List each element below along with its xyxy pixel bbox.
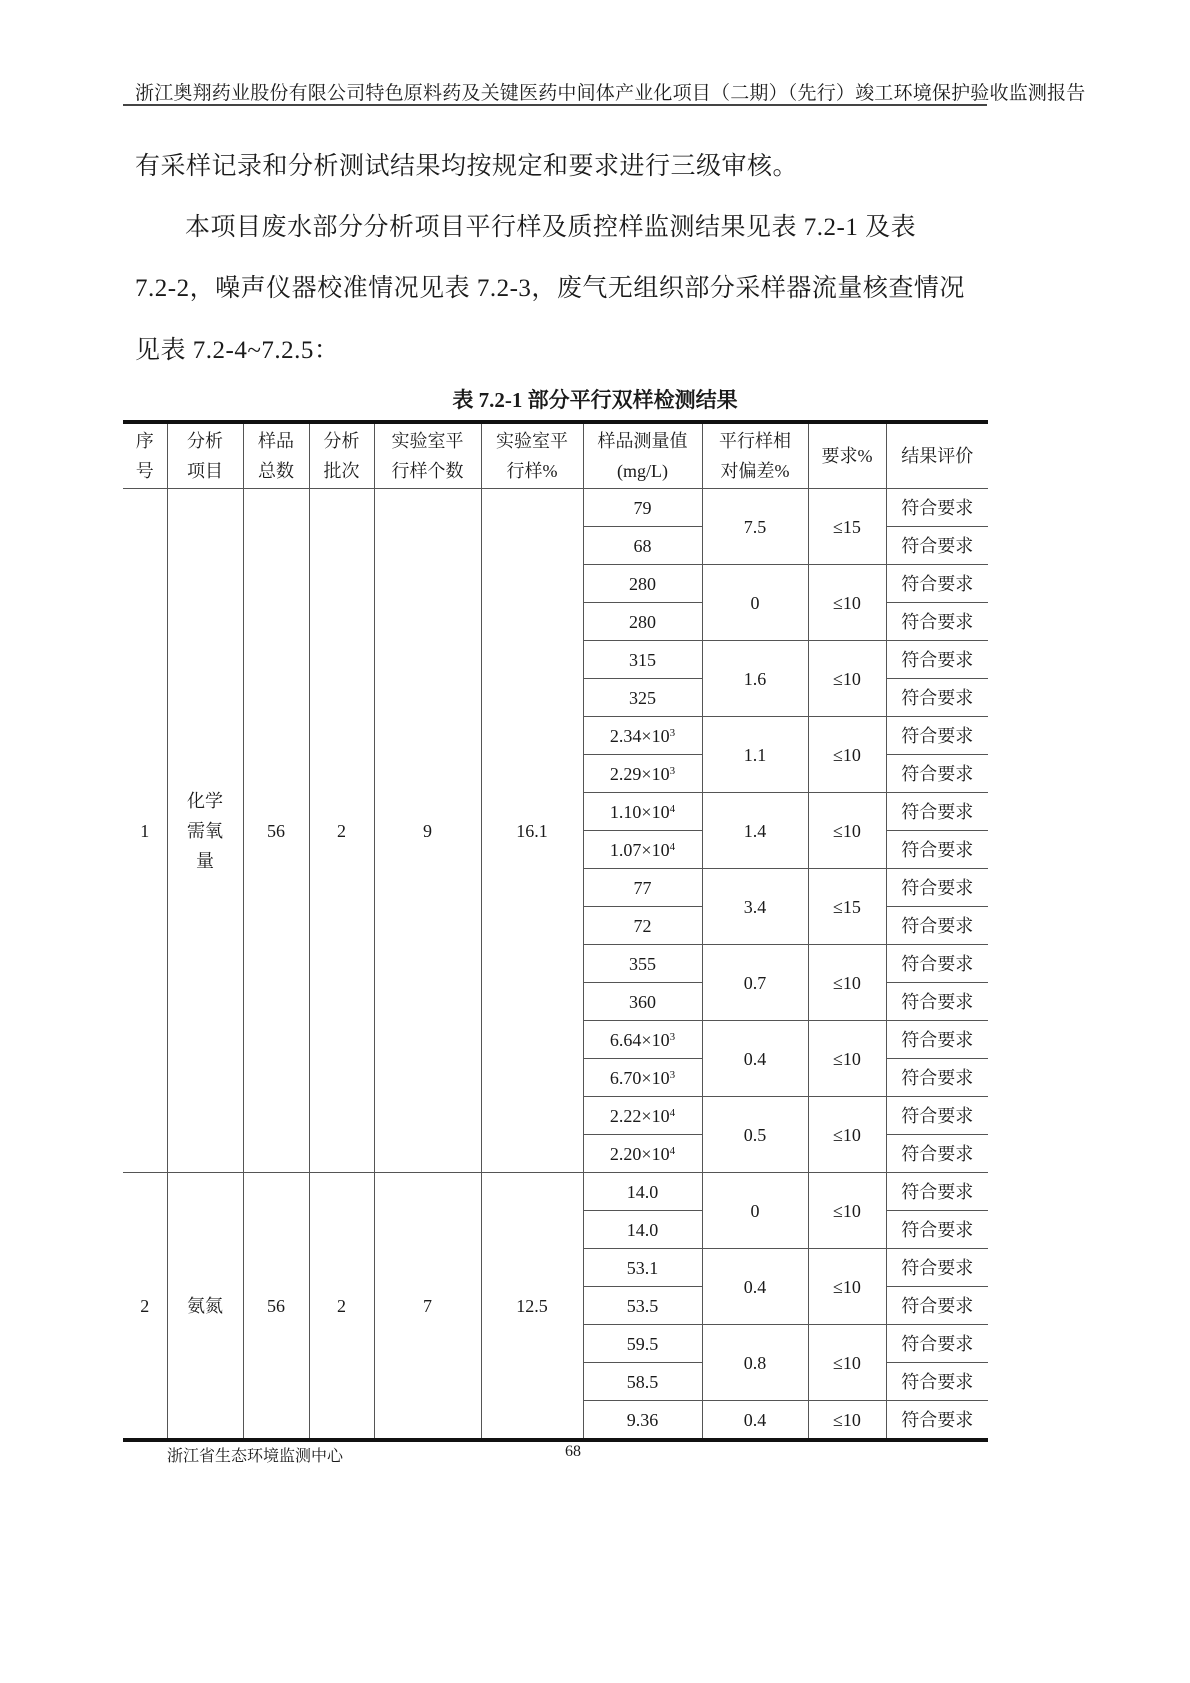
measured-value: 355: [583, 945, 702, 983]
lab-parallel-count: 7: [374, 1173, 481, 1441]
item-number: 1: [123, 489, 167, 1173]
evaluation-result: 符合要求: [886, 1249, 988, 1287]
evaluation-result: 符合要求: [886, 1401, 988, 1441]
evaluation-result: 符合要求: [886, 945, 988, 983]
requirement: ≤10: [808, 1173, 886, 1249]
relative-deviation: 1.4: [702, 793, 808, 869]
evaluation-result: 符合要求: [886, 831, 988, 869]
requirement: ≤10: [808, 945, 886, 1021]
evaluation-result: 符合要求: [886, 1363, 988, 1401]
lab-parallel-count: 9: [374, 489, 481, 1173]
measured-value: 2.29×103: [583, 755, 702, 793]
measured-value: 53.5: [583, 1287, 702, 1325]
relative-deviation: 0.4: [702, 1249, 808, 1325]
requirement: ≤10: [808, 641, 886, 717]
measured-value: 79: [583, 489, 702, 527]
requirement: ≤10: [808, 1325, 886, 1401]
lab-parallel-percent: 12.5: [481, 1173, 583, 1441]
page-number: 68: [565, 1443, 581, 1461]
table-header: 序 号分析 项目样品 总数分析 批次实验室平 行样个数实验室平 行样%样品测量值…: [123, 422, 988, 489]
sample-total: 56: [243, 489, 309, 1173]
requirement: ≤10: [808, 717, 886, 793]
relative-deviation: 3.4: [702, 869, 808, 945]
header-divider: [123, 104, 987, 106]
column-header: 样品 总数: [243, 422, 309, 489]
measured-value: 59.5: [583, 1325, 702, 1363]
requirement: ≤10: [808, 1249, 886, 1325]
measured-value: 53.1: [583, 1249, 702, 1287]
table-row: 1化学 需氧 量562916.1797.5≤15符合要求: [123, 489, 988, 527]
sample-total: 56: [243, 1173, 309, 1441]
measured-value: 325: [583, 679, 702, 717]
relative-deviation: 7.5: [702, 489, 808, 565]
evaluation-result: 符合要求: [886, 1173, 988, 1211]
paragraph-line-1: 有采样记录和分析测试结果均按规定和要求进行三级审核。: [135, 146, 798, 182]
relative-deviation: 1.1: [702, 717, 808, 793]
footer-organization: 浙江省生态环境监测中心: [167, 1443, 343, 1466]
analysis-batches: 2: [309, 1173, 374, 1441]
relative-deviation: 0.5: [702, 1097, 808, 1173]
column-header: 平行样相 对偏差%: [702, 422, 808, 489]
analysis-item: 化学 需氧 量: [167, 489, 243, 1173]
paragraph-line-2: 本项目废水部分分析项目平行样及质控样监测结果见表 7.2-1 及表: [185, 207, 916, 243]
evaluation-result: 符合要求: [886, 717, 988, 755]
analysis-batches: 2: [309, 489, 374, 1173]
column-header: 分析 项目: [167, 422, 243, 489]
measured-value: 14.0: [583, 1211, 702, 1249]
relative-deviation: 0: [702, 565, 808, 641]
requirement: ≤10: [808, 1401, 886, 1441]
evaluation-result: 符合要求: [886, 641, 988, 679]
evaluation-result: 符合要求: [886, 1211, 988, 1249]
paragraph-line-3: 7.2-2，噪声仪器校准情况见表 7.2-3，废气无组织部分采样器流量核查情况: [135, 268, 965, 304]
measured-value: 280: [583, 565, 702, 603]
evaluation-result: 符合要求: [886, 755, 988, 793]
evaluation-result: 符合要求: [886, 1287, 988, 1325]
evaluation-result: 符合要求: [886, 527, 988, 565]
measured-value: 280: [583, 603, 702, 641]
evaluation-result: 符合要求: [886, 1135, 988, 1173]
paragraph-line-4: 见表 7.2-4~7.2.5：: [135, 330, 339, 366]
parallel-sample-results-table: 序 号分析 项目样品 总数分析 批次实验室平 行样个数实验室平 行样%样品测量值…: [123, 420, 988, 1442]
relative-deviation: 0.7: [702, 945, 808, 1021]
requirement: ≤10: [808, 565, 886, 641]
relative-deviation: 0.4: [702, 1401, 808, 1441]
measured-value: 77: [583, 869, 702, 907]
relative-deviation: 1.6: [702, 641, 808, 717]
requirement: ≤10: [808, 1021, 886, 1097]
column-header: 要求%: [808, 422, 886, 489]
header-row: 序 号分析 项目样品 总数分析 批次实验室平 行样个数实验室平 行样%样品测量值…: [123, 422, 988, 489]
lab-parallel-percent: 16.1: [481, 489, 583, 1173]
measured-value: 9.36: [583, 1401, 702, 1441]
evaluation-result: 符合要求: [886, 793, 988, 831]
measured-value: 72: [583, 907, 702, 945]
measured-value: 2.20×104: [583, 1135, 702, 1173]
measured-value: 6.70×103: [583, 1059, 702, 1097]
evaluation-result: 符合要求: [886, 983, 988, 1021]
measured-value: 1.07×104: [583, 831, 702, 869]
relative-deviation: 0: [702, 1173, 808, 1249]
relative-deviation: 0.4: [702, 1021, 808, 1097]
requirement: ≤15: [808, 869, 886, 945]
measured-value: 315: [583, 641, 702, 679]
evaluation-result: 符合要求: [886, 603, 988, 641]
evaluation-result: 符合要求: [886, 1059, 988, 1097]
column-header: 实验室平 行样个数: [374, 422, 481, 489]
measured-value: 2.34×103: [583, 717, 702, 755]
evaluation-result: 符合要求: [886, 679, 988, 717]
measured-value: 1.10×104: [583, 793, 702, 831]
table-caption: 表 7.2-1 部分平行双样检测结果: [0, 384, 1190, 414]
measured-value: 58.5: [583, 1363, 702, 1401]
column-header: 结果评价: [886, 422, 988, 489]
measured-value: 14.0: [583, 1173, 702, 1211]
column-header: 样品测量值 (mg/L): [583, 422, 702, 489]
table-row: 2氨氮562712.514.00≤10符合要求: [123, 1173, 988, 1211]
evaluation-result: 符合要求: [886, 1097, 988, 1135]
relative-deviation: 0.8: [702, 1325, 808, 1401]
evaluation-result: 符合要求: [886, 489, 988, 527]
measured-value: 68: [583, 527, 702, 565]
requirement: ≤10: [808, 793, 886, 869]
measured-value: 360: [583, 983, 702, 1021]
column-header: 序 号: [123, 422, 167, 489]
evaluation-result: 符合要求: [886, 565, 988, 603]
evaluation-result: 符合要求: [886, 1021, 988, 1059]
item-number: 2: [123, 1173, 167, 1441]
column-header: 分析 批次: [309, 422, 374, 489]
requirement: ≤10: [808, 1097, 886, 1173]
requirement: ≤15: [808, 489, 886, 565]
evaluation-result: 符合要求: [886, 1325, 988, 1363]
column-header: 实验室平 行样%: [481, 422, 583, 489]
report-header-title: 浙江奥翔药业股份有限公司特色原料药及关键医药中间体产业化项目（二期）（先行）竣工…: [135, 78, 1055, 105]
evaluation-result: 符合要求: [886, 907, 988, 945]
table-body: 1化学 需氧 量562916.1797.5≤15符合要求68符合要求2800≤1…: [123, 489, 988, 1441]
measured-value: 6.64×103: [583, 1021, 702, 1059]
measured-value: 2.22×104: [583, 1097, 702, 1135]
evaluation-result: 符合要求: [886, 869, 988, 907]
analysis-item: 氨氮: [167, 1173, 243, 1441]
